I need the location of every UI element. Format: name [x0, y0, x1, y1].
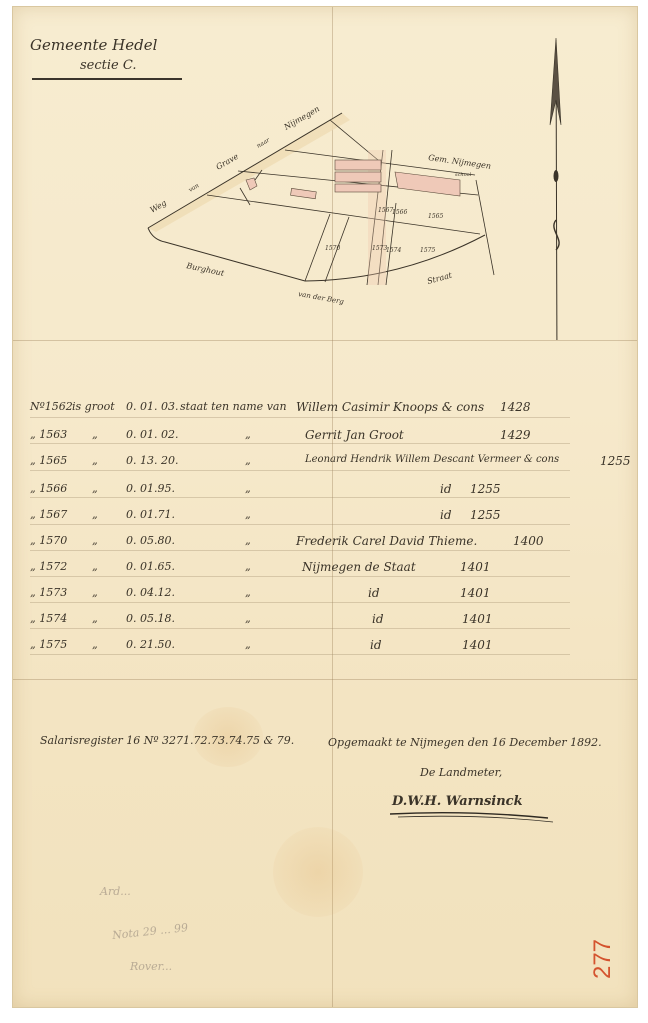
- connector: „: [92, 454, 98, 467]
- status-text: „: [245, 612, 251, 625]
- article-number: 1401: [462, 612, 493, 626]
- parcel-number: „ 1575: [30, 638, 67, 651]
- connector: is groot: [72, 400, 115, 413]
- ruled-line: [30, 417, 570, 418]
- svg-text:Nijmegen: Nijmegen: [282, 104, 321, 132]
- parcel-area: 0. 01. 03.: [126, 400, 178, 413]
- status-text: „: [245, 560, 251, 573]
- svg-text:1574: 1574: [386, 247, 401, 254]
- parcel-area: 0. 01.65.: [126, 560, 175, 573]
- article-number: 1401: [460, 560, 491, 574]
- pencil-note: Ard...: [100, 885, 131, 898]
- owner-name: id: [368, 586, 380, 600]
- owner-name: Nijmegen de Staat: [302, 560, 416, 574]
- parcel-area: 0. 05.80.: [126, 534, 175, 547]
- connector: „: [92, 560, 98, 573]
- svg-text:1575: 1575: [420, 247, 435, 254]
- svg-text:1566: 1566: [392, 209, 407, 216]
- table-row: „ 1570 „ 0. 05.80. „ Frederik Carel Davi…: [0, 534, 648, 560]
- owner-name: Frederik Carel David Thieme.: [296, 534, 477, 548]
- owner-name: Leonard Hendrik Willem Descant Vermeer &…: [305, 454, 559, 465]
- table-row: „ 1575 „ 0. 21.50. „ id 1401: [0, 638, 648, 664]
- table-row: „ 1565 „ 0. 13. 20. „ Leonard Hendrik Wi…: [0, 454, 648, 480]
- ruled-line: [30, 524, 570, 525]
- article-number: 1400: [513, 534, 544, 548]
- ruled-line: [30, 628, 570, 629]
- status-text: „: [245, 482, 251, 495]
- salary-register-note: Salarisregister 16 Nº 3271.72.73.74.75 &…: [40, 734, 294, 747]
- ruled-line: [30, 602, 570, 603]
- owner-name: id: [370, 638, 382, 652]
- archive-number: 277: [589, 939, 617, 979]
- status-text: „: [245, 586, 251, 599]
- svg-text:Gem. Nijmegen: Gem. Nijmegen: [428, 153, 492, 171]
- parcel-number: „ 1574: [30, 612, 67, 625]
- connector: „: [92, 612, 98, 625]
- parcel-area: 0. 01. 02.: [126, 428, 178, 441]
- ruled-line: [30, 497, 570, 498]
- owner-name: id: [372, 612, 384, 626]
- paper-stain: [273, 827, 363, 917]
- status-text: staat ten name van: [180, 400, 287, 413]
- table-row: „ 1574 „ 0. 05.18. „ id 1401: [0, 612, 648, 638]
- connector: „: [92, 534, 98, 547]
- parcel-area: 0. 01.95.: [126, 482, 175, 495]
- surveyor-signature: D.W.H. Warnsinck: [392, 794, 523, 809]
- svg-text:1570: 1570: [325, 245, 340, 252]
- connector: „: [92, 586, 98, 599]
- svg-text:Burghout: Burghout: [185, 261, 226, 278]
- parcel-number: „ 1567: [30, 508, 67, 521]
- parcel-number: Nº1562: [30, 400, 73, 413]
- status-text: „: [245, 534, 251, 547]
- article-number: 1255: [600, 454, 631, 468]
- pencil-note: Rover...: [130, 960, 172, 973]
- table-row: „ 1563 „ 0. 01. 02. „ Gerrit Jan Groot 1…: [0, 428, 648, 454]
- svg-text:1565: 1565: [428, 213, 443, 220]
- connector: „: [92, 482, 98, 495]
- parcel-area: 0. 21.50.: [126, 638, 175, 651]
- connector: „: [92, 638, 98, 651]
- article-number: 1401: [462, 638, 493, 652]
- article-number: 1401: [460, 586, 491, 600]
- parcel-number: „ 1570: [30, 534, 67, 547]
- parcel-area: 0. 04.12.: [126, 586, 175, 599]
- article-number: 1255: [470, 482, 501, 496]
- parcel-area: 0. 05.18.: [126, 612, 175, 625]
- signature-flourish: [388, 808, 558, 824]
- status-text: „: [245, 508, 251, 521]
- svg-text:Weg: Weg: [149, 198, 169, 215]
- article-number: 1255: [470, 508, 501, 522]
- svg-text:van der Berg: van der Berg: [298, 290, 345, 306]
- ruled-line: [30, 550, 570, 551]
- status-text: „: [245, 454, 251, 467]
- parcel-area: 0. 13. 20.: [126, 454, 178, 467]
- parcel-area: 0. 01.71.: [126, 508, 175, 521]
- ruled-line: [30, 443, 570, 444]
- status-text: „: [245, 638, 251, 651]
- owner-name: Gerrit Jan Groot: [305, 428, 404, 442]
- ruled-line: [30, 654, 570, 655]
- ruled-line: [30, 576, 570, 577]
- fold-line-horizontal: [13, 679, 637, 680]
- parcel-number: „ 1566: [30, 482, 67, 495]
- svg-text:Grave: Grave: [215, 152, 241, 172]
- status-text: „: [245, 428, 251, 441]
- connector: „: [92, 428, 98, 441]
- connector: „: [92, 508, 98, 521]
- ruled-line: [30, 470, 570, 471]
- owner-name: id: [440, 508, 452, 522]
- surveyor-title: De Landmeter,: [420, 766, 502, 779]
- table-row: „ 1573 „ 0. 04.12. „ id 1401: [0, 586, 648, 612]
- owner-name: id: [440, 482, 452, 496]
- table-row: „ 1567 „ 0. 01.71. „ id 1255: [0, 508, 648, 534]
- article-number: 1429: [500, 428, 531, 442]
- svg-text:naar: naar: [256, 136, 273, 150]
- parcel-number: „ 1572: [30, 560, 67, 573]
- table-row: „ 1566 „ 0. 01.95. „ id 1255: [0, 482, 648, 508]
- table-row: „ 1572 „ 0. 01.65. „ Nijmegen de Staat 1…: [0, 560, 648, 586]
- svg-text:Straat: Straat: [426, 270, 454, 285]
- article-number: 1428: [500, 400, 531, 414]
- owner-name: Willem Casimir Knoops & cons: [296, 400, 484, 414]
- parcel-number: „ 1563: [30, 428, 67, 441]
- parcel-number: „ 1573: [30, 586, 67, 599]
- table-row: Nº1562 is groot 0. 01. 03. staat ten nam…: [0, 400, 648, 426]
- parcel-number: „ 1565: [30, 454, 67, 467]
- cadastral-map: 1570 1567 1566 1565 1573 1574 1575 Weg v…: [0, 0, 648, 340]
- svg-text:school: school: [455, 172, 472, 178]
- place-date-line: Opgemaakt te Nijmegen den 16 December 18…: [328, 736, 602, 749]
- fold-line-horizontal: [13, 340, 637, 341]
- svg-text:van: van: [188, 182, 201, 194]
